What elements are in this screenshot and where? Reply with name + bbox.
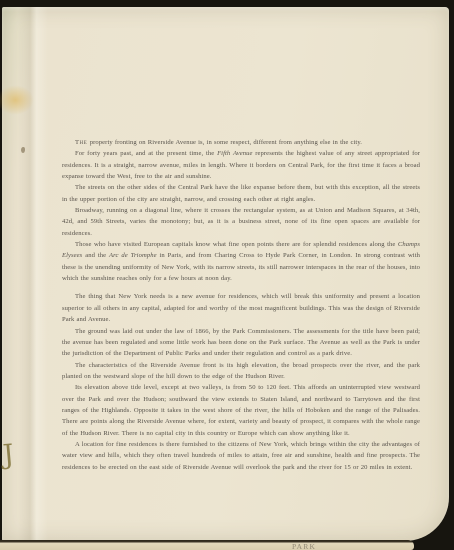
paragraph: The characteristics of the Riverside Ave… [62,360,420,383]
paragraph-text: The ground was laid out under the law of… [62,328,420,358]
stain [0,85,34,115]
paragraph-text: A location for fine residences is there … [62,441,420,471]
handwritten-mark: J [2,439,27,471]
paragraph-text: The characteristics of the Riverside Ave… [62,362,420,380]
paragraph: The thing that New York needs is a new a… [62,291,420,325]
paragraph-text: The thing that New York needs is a new a… [62,293,420,323]
paragraph: Those who have visited European capitals… [62,239,420,284]
under-page-partial-text: PARK [292,542,316,550]
body-text: The property fronting on Riverside Avenu… [62,137,420,473]
paragraph: The ground was laid out under the law of… [62,326,420,360]
paragraph-text: For forty years past, and at the present… [75,150,217,157]
paragraph: A location for fine residences is there … [62,439,420,473]
paragraph-text: Its elevation above tide level, except a… [62,384,420,436]
book-page: The property fronting on Riverside Avenu… [2,7,449,541]
scan-background: The property fronting on Riverside Avenu… [0,0,454,550]
paragraph-emphasis: Arc de Triomphe [109,252,157,259]
paragraph: The streets on the other sides of the Ce… [62,182,420,205]
paragraph-text: The streets on the other sides of the Ce… [62,184,420,202]
under-page-edge: PARK [0,540,414,550]
paragraph-emphasis: The [75,139,90,146]
speck [21,147,25,153]
paragraph-text: property fronting on Riverside Avenue is… [90,139,362,146]
paragraph: For forty years past, and at the present… [62,148,420,182]
paragraph-text: Broadway, running on a diagonal line, wh… [62,207,420,237]
paragraph: Its elevation above tide level, except a… [62,382,420,439]
paragraph-text: Those who have visited European capitals… [75,241,398,248]
paragraph: The property fronting on Riverside Avenu… [62,137,420,148]
paragraph: Broadway, running on a diagonal line, wh… [62,205,420,239]
paragraph-text: and the [82,252,109,259]
paragraph-emphasis: Fifth Avenue [217,150,252,157]
